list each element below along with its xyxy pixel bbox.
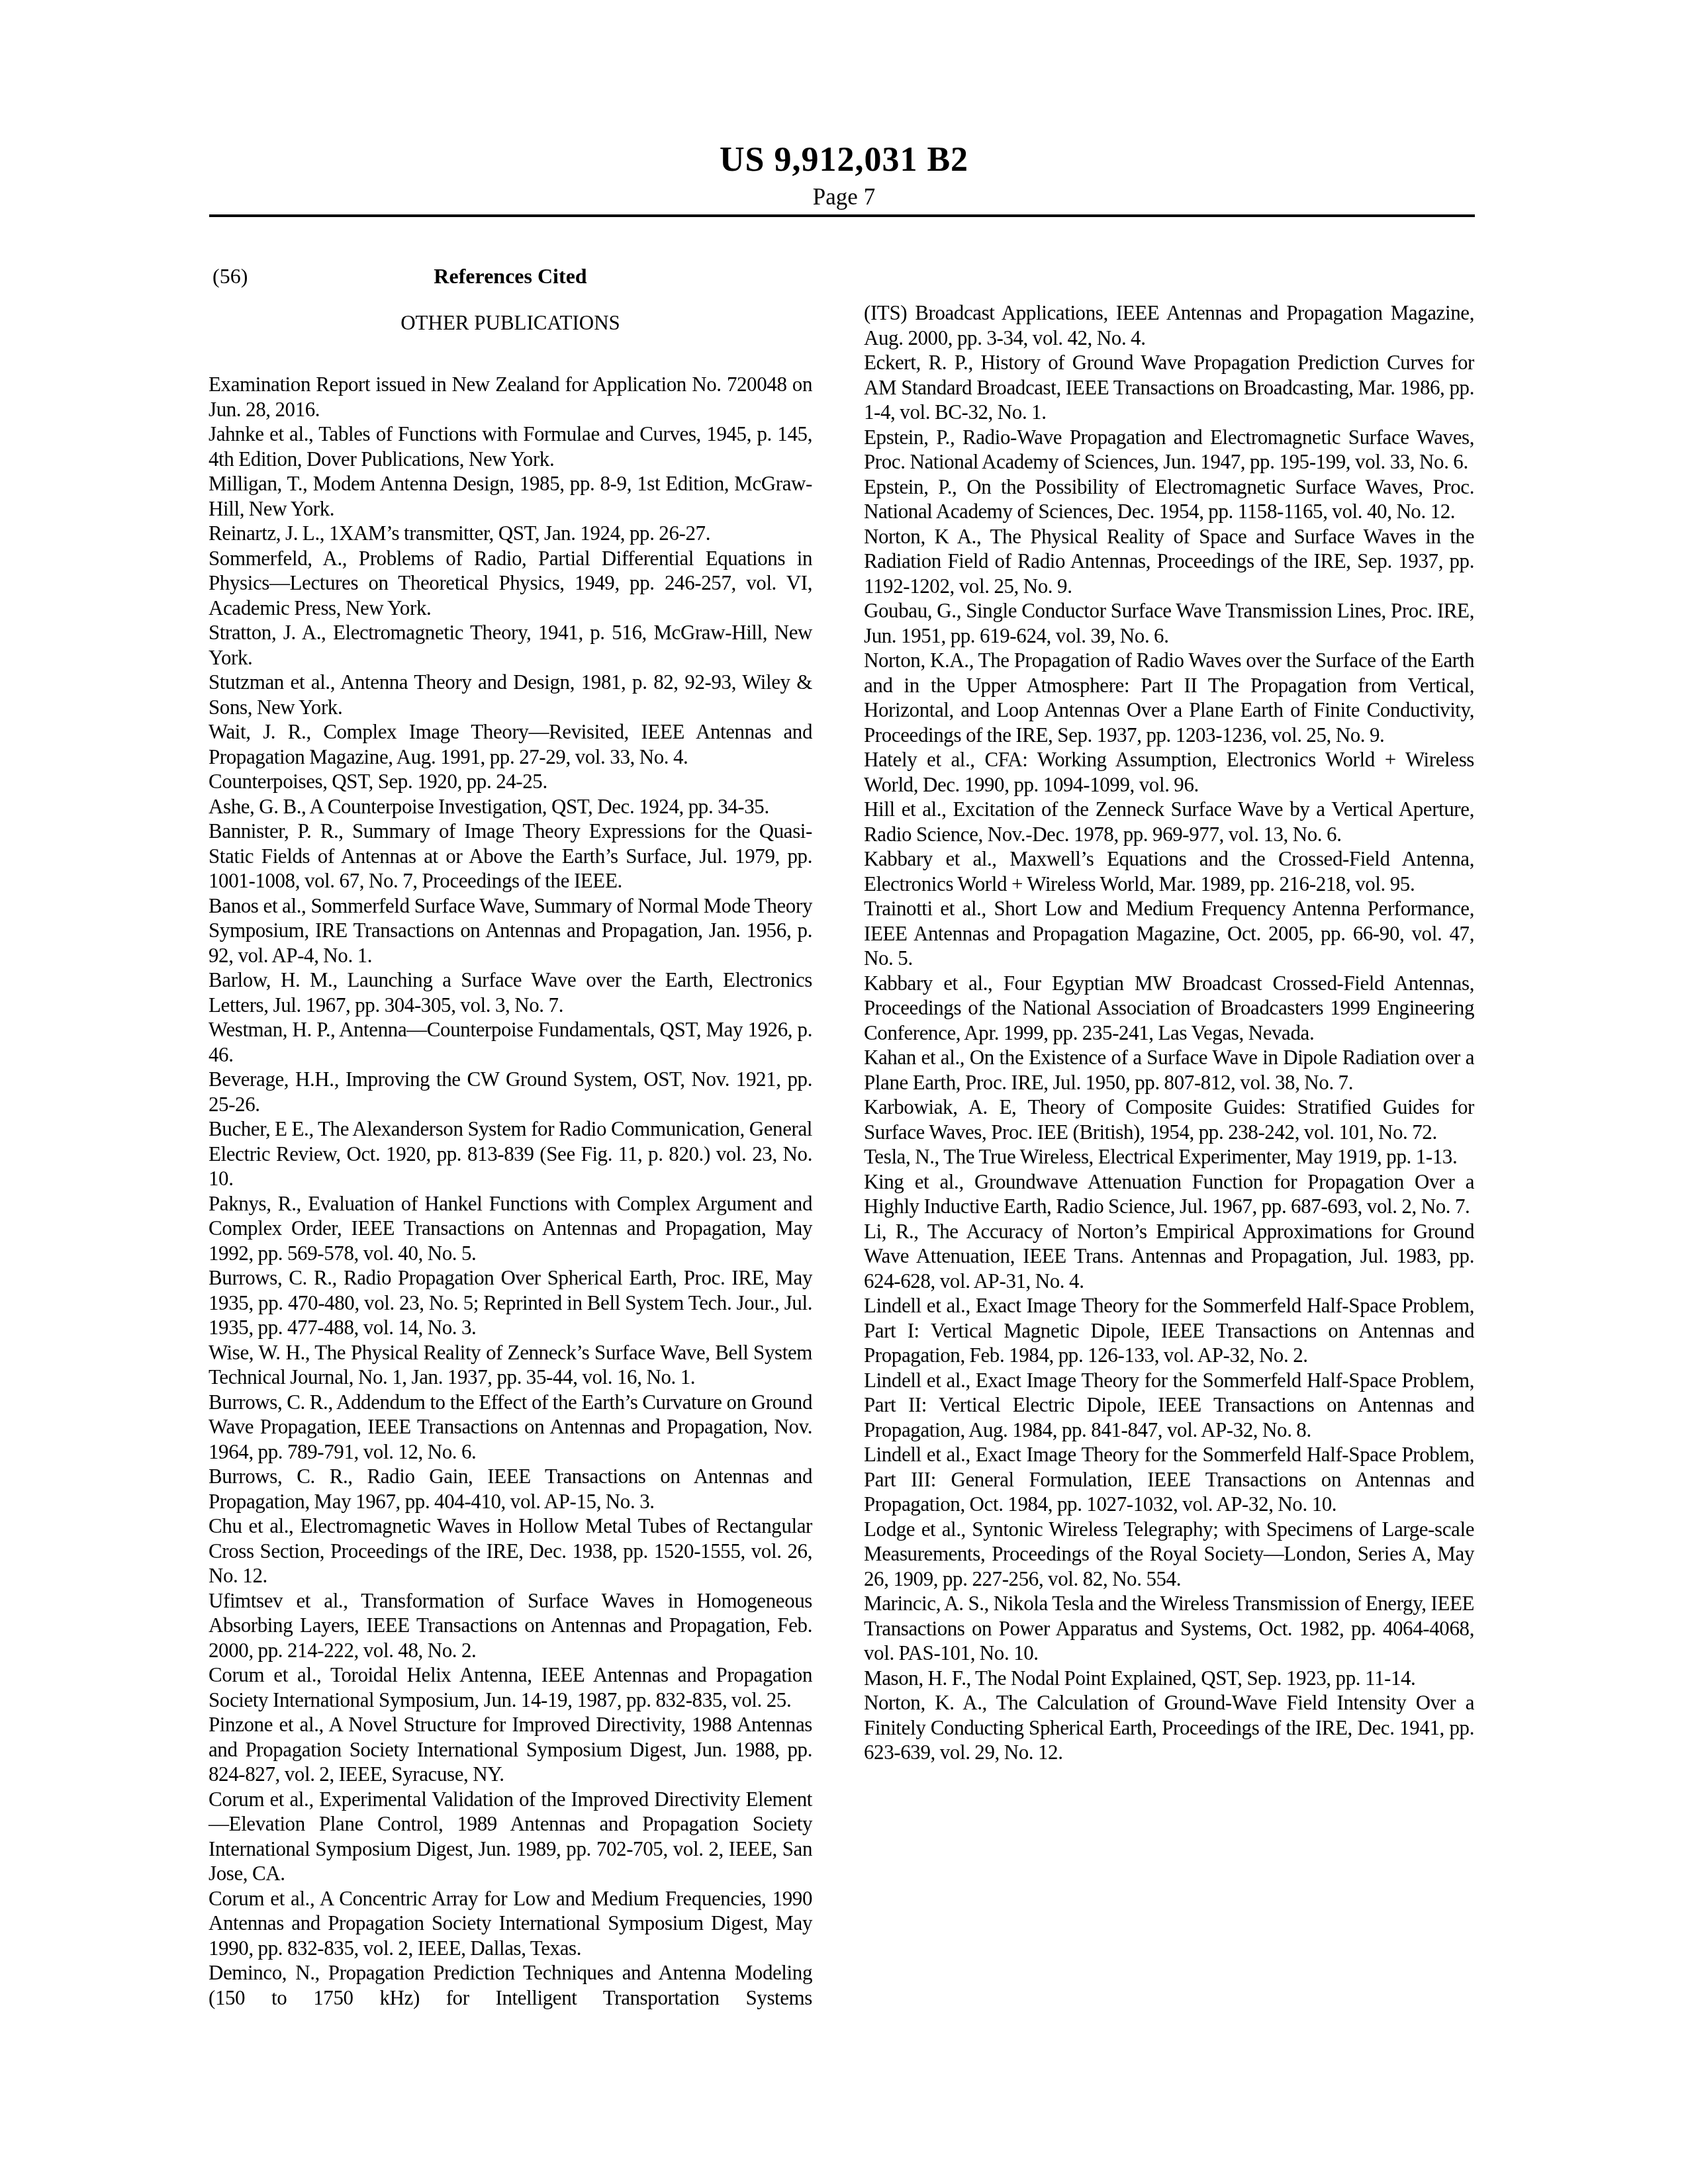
page-header: US 9,912,031 B2 Page 7	[0, 144, 1688, 208]
references-cited-heading: References Cited	[209, 263, 812, 289]
reference-entry: Jahnke et al., Tables of Functions with …	[209, 422, 812, 471]
references-column-left: Examination Report issued in New Zealand…	[209, 372, 812, 2010]
reference-entry: Kabbary et al., Four Egyptian MW Broadca…	[864, 971, 1474, 1046]
reference-entry: Westman, H. P., Antenna—Counterpoise Fun…	[209, 1017, 812, 1067]
reference-entry: Kahan et al., On the Existence of a Surf…	[864, 1045, 1474, 1095]
reference-entry: Counterpoises, QST, Sep. 1920, pp. 24-25…	[209, 769, 812, 794]
reference-entry: (ITS) Broadcast Applications, IEEE Anten…	[864, 300, 1474, 350]
reference-entry: Burrows, C. R., Addendum to the Effect o…	[209, 1390, 812, 1465]
reference-entry: Examination Report issued in New Zealand…	[209, 372, 812, 422]
reference-entry: Burrows, C. R., Radio Propagation Over S…	[209, 1265, 812, 1340]
reference-entry: Epstein, P., Radio-Wave Propagation and …	[864, 425, 1474, 475]
patent-number-title: US 9,912,031 B2	[0, 144, 1688, 176]
reference-entry: Pinzone et al., A Novel Structure for Im…	[209, 1712, 812, 1787]
reference-entry: Stratton, J. A., Electromagnetic Theory,…	[209, 620, 812, 670]
reference-entry: Karbowiak, A. E, Theory of Composite Gui…	[864, 1095, 1474, 1144]
reference-entry: Wise, W. H., The Physical Reality of Zen…	[209, 1340, 812, 1390]
left-column: (56) References Cited OTHER PUBLICATIONS…	[209, 263, 812, 2010]
reference-entry: Barlow, H. M., Launching a Surface Wave …	[209, 968, 812, 1017]
reference-entry: Banos et al., Sommerfeld Surface Wave, S…	[209, 893, 812, 968]
reference-entry: Goubau, G., Single Conductor Surface Wav…	[864, 598, 1474, 648]
reference-entry: Lindell et al., Exact Image Theory for t…	[864, 1442, 1474, 1517]
reference-entry: Paknys, R., Evaluation of Hankel Functio…	[209, 1191, 812, 1266]
reference-entry: Norton, K A., The Physical Reality of Sp…	[864, 524, 1474, 599]
header-divider	[209, 214, 1475, 217]
reference-entry: Tesla, N., The True Wireless, Electrical…	[864, 1144, 1474, 1169]
reference-entry: Epstein, P., On the Possibility of Elect…	[864, 475, 1474, 524]
reference-entry: Hately et al., CFA: Working Assumption, …	[864, 747, 1474, 797]
reference-entry: Lodge et al., Syntonic Wireless Telegrap…	[864, 1517, 1474, 1592]
right-column: (ITS) Broadcast Applications, IEEE Anten…	[864, 263, 1474, 2010]
reference-entry: Corum et al., A Concentric Array for Low…	[209, 1886, 812, 1961]
reference-entry: Li, R., The Accuracy of Norton’s Empiric…	[864, 1219, 1474, 1294]
patent-page: US 9,912,031 B2 Page 7 (56) References C…	[0, 0, 1688, 2184]
reference-entry: Burrows, C. R., Radio Gain, IEEE Transac…	[209, 1464, 812, 1514]
reference-entry: Wait, J. R., Complex Image Theory—Revisi…	[209, 719, 812, 769]
reference-entry: Norton, K. A., The Calculation of Ground…	[864, 1690, 1474, 1765]
reference-entry: Lindell et al., Exact Image Theory for t…	[864, 1368, 1474, 1443]
reference-entry: Kabbary et al., Maxwell’s Equations and …	[864, 846, 1474, 896]
reference-entry: Deminco, N., Propagation Prediction Tech…	[209, 1960, 812, 2010]
references-cited-header-row: (56) References Cited	[209, 263, 812, 289]
reference-entry: Stutzman et al., Antenna Theory and Desi…	[209, 670, 812, 719]
reference-entry: Marincic, A. S., Nikola Tesla and the Wi…	[864, 1591, 1474, 1666]
field-code-label: (56)	[212, 263, 248, 289]
reference-entry: Reinartz, J. L., 1XAM’s transmitter, QST…	[209, 521, 812, 546]
page-number-label: Page 7	[0, 187, 1688, 208]
reference-entry: Ufimtsev et al., Transformation of Surfa…	[209, 1588, 812, 1663]
reference-entry: King et al., Groundwave Attenuation Func…	[864, 1169, 1474, 1219]
reference-entry: Norton, K.A., The Propagation of Radio W…	[864, 648, 1474, 747]
reference-entry: Beverage, H.H., Improving the CW Ground …	[209, 1067, 812, 1116]
other-publications-heading: OTHER PUBLICATIONS	[209, 310, 812, 335]
reference-entry: Eckert, R. P., History of Ground Wave Pr…	[864, 350, 1474, 425]
reference-entry: Chu et al., Electromagnetic Waves in Hol…	[209, 1514, 812, 1588]
references-columns: (56) References Cited OTHER PUBLICATIONS…	[209, 263, 1474, 2010]
reference-entry: Bannister, P. R., Summary of Image Theor…	[209, 819, 812, 893]
reference-entry: Hill et al., Excitation of the Zenneck S…	[864, 797, 1474, 846]
reference-entry: Lindell et al., Exact Image Theory for t…	[864, 1293, 1474, 1368]
reference-entry: Sommerfeld, A., Problems of Radio, Parti…	[209, 546, 812, 621]
reference-entry: Bucher, E E., The Alexanderson System fo…	[209, 1116, 812, 1191]
reference-entry: Mason, H. F., The Nodal Point Explained,…	[864, 1666, 1474, 1691]
reference-entry: Corum et al., Experimental Validation of…	[209, 1787, 812, 1886]
reference-entry: Milligan, T., Modem Antenna Design, 1985…	[209, 471, 812, 521]
reference-entry: Ashe, G. B., A Counterpoise Investigatio…	[209, 794, 812, 819]
reference-entry: Trainotti et al., Short Low and Medium F…	[864, 896, 1474, 971]
reference-entry: Corum et al., Toroidal Helix Antenna, IE…	[209, 1662, 812, 1712]
references-column-right: (ITS) Broadcast Applications, IEEE Anten…	[864, 300, 1474, 1765]
